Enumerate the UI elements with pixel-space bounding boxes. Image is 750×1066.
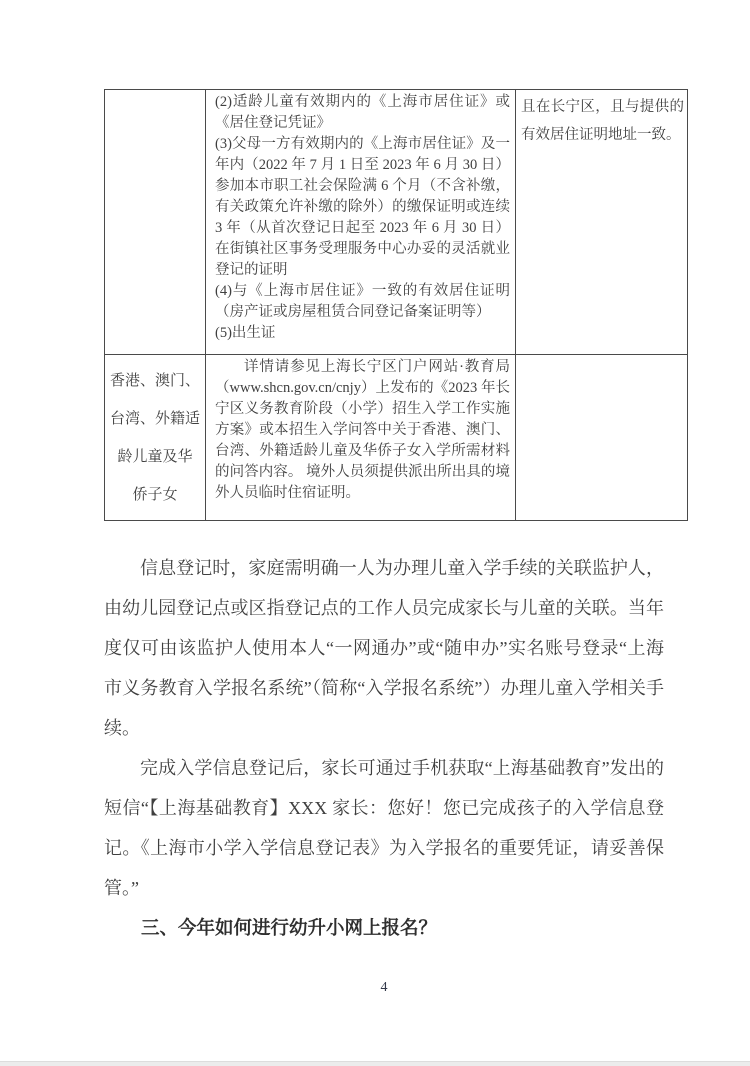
section-heading-online-registration: 三、今年如何进行幼升小网上报名？ xyxy=(104,908,664,948)
table-row-hk-macau-taiwan-foreign: 香港、澳门、 台湾、外籍适 龄儿童及华 侨子女 详情请参见上海长宁区门户网站·教… xyxy=(105,355,688,521)
body-text: 信息登记时，家庭需明确一人为办理儿童入学手续的关联监护人，由幼儿园登记点或区指登… xyxy=(104,548,664,948)
page-number: 4 xyxy=(104,980,664,996)
enrollment-materials-table: (2)适龄儿童有效期内的《上海市居住证》或《居住登记凭证》 (3)父母一方有效期… xyxy=(104,89,688,521)
note-cell-empty xyxy=(516,355,688,521)
materials-cell-residence-permit: (2)适龄儿童有效期内的《上海市居住证》或《居住登记凭证》 (3)父母一方有效期… xyxy=(206,90,516,355)
materials-cell-hk-macau-taiwan-foreign: 详情请参见上海长宁区门户网站·教育局（www.shcn.gov.cn/cnjy）… xyxy=(206,355,516,521)
category-cell-empty xyxy=(105,90,206,355)
table-row-residence-permit: (2)适龄儿童有效期内的《上海市居住证》或《居住登记凭证》 (3)父母一方有效期… xyxy=(105,90,688,355)
category-cell-hk-macau-taiwan-foreign: 香港、澳门、 台湾、外籍适 龄儿童及华 侨子女 xyxy=(105,355,206,521)
document-page: (2)适龄儿童有效期内的《上海市居住证》或《居住登记凭证》 (3)父母一方有效期… xyxy=(0,0,750,1066)
paragraph-guardian-registration: 信息登记时，家庭需明确一人为办理儿童入学手续的关联监护人，由幼儿园登记点或区指登… xyxy=(104,548,664,748)
note-cell-changning-address: 且在长宁区，且与提供的有效居住证明地址一致。 xyxy=(516,90,688,355)
viewer-background-strip xyxy=(0,1061,750,1066)
paragraph-sms-confirmation: 完成入学信息登记后，家长可通过手机获取“上海基础教育”发出的短信“【上海基础教育… xyxy=(104,748,664,908)
